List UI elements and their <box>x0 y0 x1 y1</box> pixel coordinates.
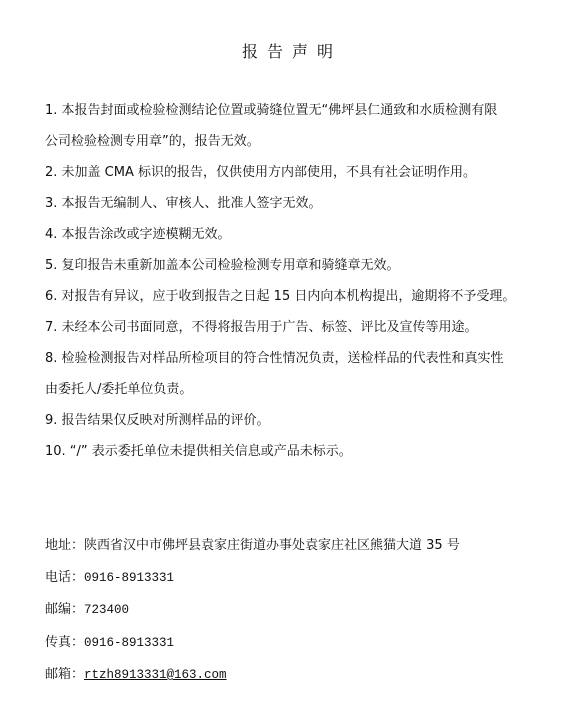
fax-row: 传真：0916-8913331 <box>45 627 565 660</box>
postcode-row: 邮编：723400 <box>45 594 565 627</box>
statement-9: 9. 报告结果仅反映对所测样品的评价。 <box>45 405 565 436</box>
fax-value: 0916-8913331 <box>84 636 174 650</box>
statement-4: 4. 本报告涂改或字迹模糊无效。 <box>45 219 565 250</box>
page-title: 报告声明 <box>0 39 575 62</box>
statement-8-line-1: 8. 检验检测报告对样品所检项目的符合性情况负责，送检样品的代表性和真实性 <box>45 343 565 374</box>
email-label: 邮箱： <box>45 667 84 682</box>
address-label: 地址： <box>45 538 84 553</box>
statement-8-line-2: 由委托人/委托单位负责。 <box>45 374 565 405</box>
statement-7: 7. 未经本公司书面同意，不得将报告用于广告、标签、评比及宣传等用途。 <box>45 312 565 343</box>
statement-5: 5. 复印报告未重新加盖本公司检验检测专用章和骑缝章无效。 <box>45 250 565 281</box>
address-row: 地址：陕西省汉中市佛坪县袁家庄街道办事处袁家庄社区熊猫大道 35 号 <box>45 530 565 562</box>
statement-10: 10. “/” 表示委托单位未提供相关信息或产品未标示。 <box>45 436 565 467</box>
statement-1-line-2: 公司检验检测专用章”的，报告无效。 <box>45 126 565 157</box>
statement-3: 3. 本报告无编制人、审核人、批准人签字无效。 <box>45 188 565 219</box>
statement-1-line-1: 1. 本报告封面或检验检测结论位置或骑缝位置无“佛坪县仁通致和水质检测有限 <box>45 95 565 126</box>
statement-list: 1. 本报告封面或检验检测结论位置或骑缝位置无“佛坪县仁通致和水质检测有限 公司… <box>45 95 565 467</box>
phone-row: 电话：0916-8913331 <box>45 562 565 595</box>
email-link[interactable]: rtzh8913331@163.com <box>84 668 227 682</box>
contact-info: 地址：陕西省汉中市佛坪县袁家庄街道办事处袁家庄社区熊猫大道 35 号 电话：09… <box>45 530 565 692</box>
postcode-value: 723400 <box>84 603 129 617</box>
statement-6: 6. 对报告有异议，应于收到报告之日起 15 日内向本机构提出，逾期将不予受理。 <box>45 281 565 312</box>
statement-2: 2. 未加盖 CMA 标识的报告，仅供使用方内部使用，不具有社会证明作用。 <box>45 157 565 188</box>
phone-value: 0916-8913331 <box>84 571 174 585</box>
postcode-label: 邮编： <box>45 602 84 617</box>
email-row: 邮箱：rtzh8913331@163.com <box>45 659 565 692</box>
phone-label: 电话： <box>45 570 84 585</box>
address-value: 陕西省汉中市佛坪县袁家庄街道办事处袁家庄社区熊猫大道 35 号 <box>84 538 460 553</box>
fax-label: 传真： <box>45 635 84 650</box>
